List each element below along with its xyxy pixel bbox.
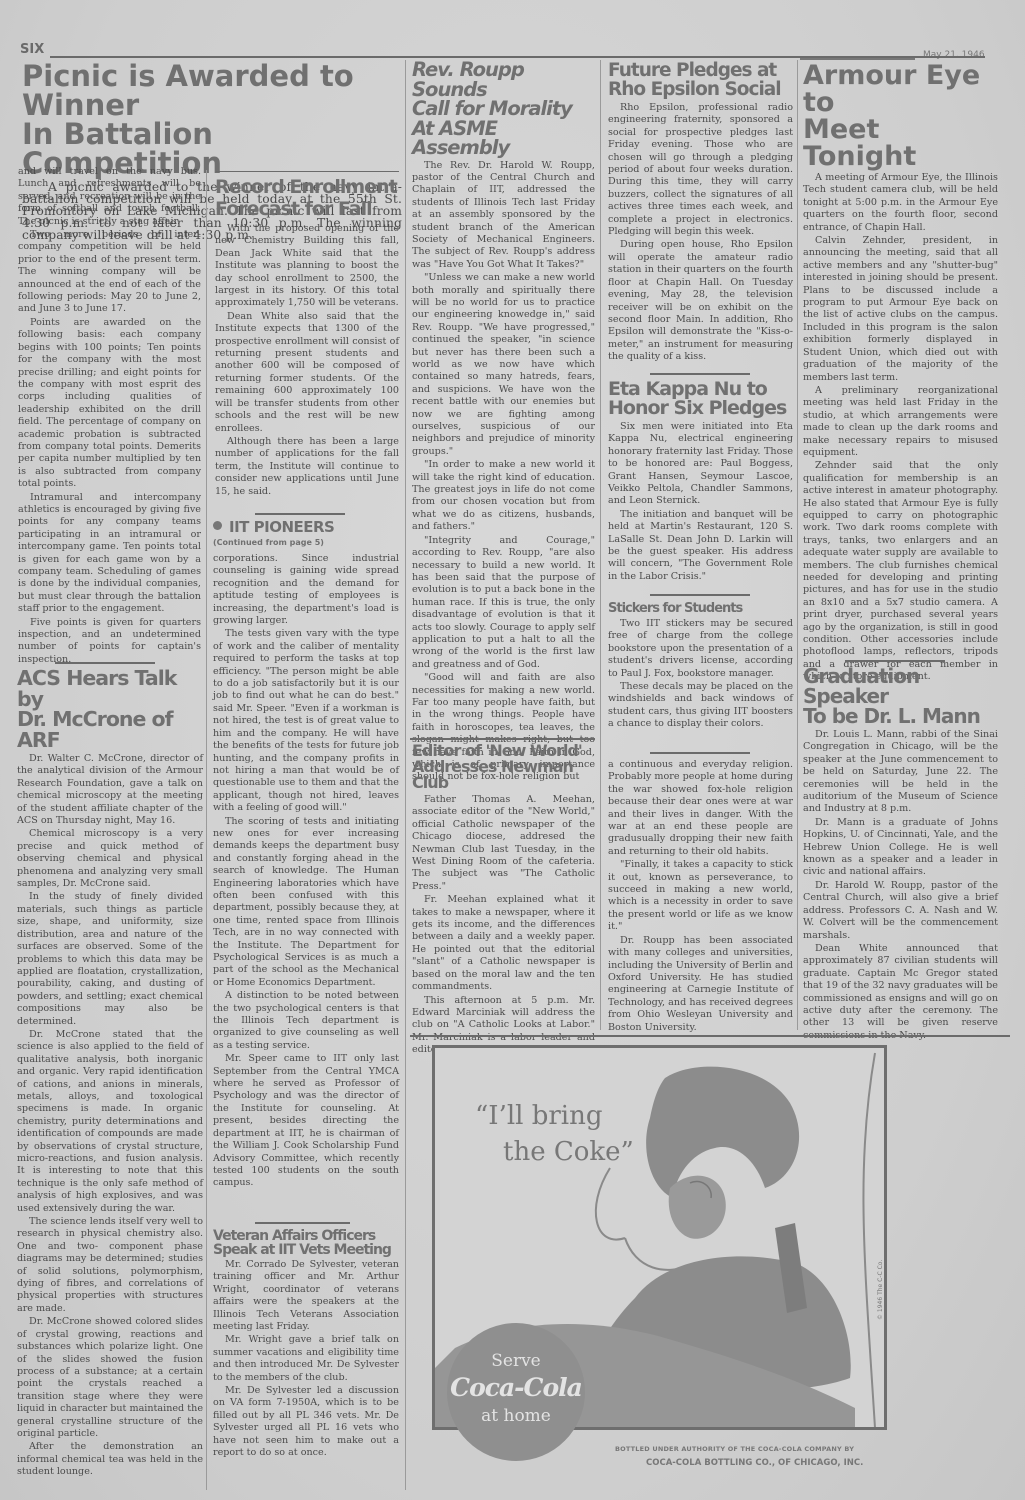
headline: Addresses Newman Club: [412, 759, 595, 791]
headline: To be Dr. L. Mann: [803, 706, 998, 726]
paragraph: A distinction to be noted between the tw…: [213, 990, 399, 1052]
paragraph: Points are awarded on the following basi…: [18, 317, 201, 491]
paragraph: Dr. Louis L. Mann, rabbi of the Sinai Co…: [803, 729, 998, 816]
paragraph: With the proposed opening of the new Che…: [215, 223, 399, 310]
paragraph: During open house, Rho Epsilon will oper…: [608, 239, 793, 363]
paragraph: These decals may be placed on the windsh…: [608, 681, 793, 731]
paragraph: Zehnder said that the only qualification…: [803, 460, 998, 683]
ad-copyright: © 1946 The C-C Co.: [877, 1260, 884, 1320]
paragraph: The initiation and banquet will be held …: [608, 509, 793, 583]
article-armour-eye: Armour Eye to Meet Tonight A meeting of …: [803, 62, 998, 685]
headline: Rev. Roupp Sounds: [412, 60, 595, 99]
ad-at-home-text: at home: [447, 1406, 585, 1426]
coca-cola-logo: Coca-Cola: [447, 1373, 585, 1402]
headline: Speak at IIT Vets Meeting: [213, 1243, 399, 1257]
headline: Graduation Speaker: [803, 666, 998, 706]
headline: Forecast for Fall: [215, 200, 399, 219]
divider: [55, 662, 155, 664]
divider: [650, 373, 750, 375]
article-picnic-body: and will travel on the navy bus. Lunch a…: [18, 166, 201, 667]
headline: Rho Epsilon Social: [608, 81, 793, 100]
divider: [650, 752, 750, 754]
divider: [410, 738, 595, 740]
paragraph: The scoring of tests and initiating new …: [213, 816, 399, 990]
ad-headline: “I’ll bring the Coke”: [475, 1098, 634, 1170]
paragraph: "In order to make a new world it will ta…: [412, 459, 595, 533]
paragraph: and will travel on the navy bus. Lunch a…: [18, 166, 201, 228]
paragraph: Mr. Corrado De Sylvester, veteran traini…: [213, 1259, 399, 1333]
headline: Armour Eye to: [803, 62, 998, 116]
headline: Dr. McCrone of ARF: [17, 709, 203, 750]
page-label: SIX: [20, 42, 44, 57]
headline: Picnic is Awarded to Winner: [22, 62, 402, 120]
paragraph: Mr. Wright gave a brief talk on summer v…: [213, 1334, 399, 1384]
paragraph: A meeting of Armour Eye, the Illinois Te…: [803, 172, 998, 234]
paragraph: "Integrity and Courage," according to Re…: [412, 535, 595, 671]
paragraph: Two IIT stickers may be secured free of …: [608, 618, 793, 680]
article-rho-epsilon: Future Pledges at Rho Epsilon Social Rho…: [608, 62, 793, 365]
article-stickers: Stickers for Students Two IIT stickers m…: [608, 602, 793, 732]
paragraph: The science lends itself very well to re…: [17, 1216, 203, 1315]
ad-footer-authority: BOTTLED UNDER AUTHORITY OF THE COCA-COLA…: [615, 1445, 854, 1453]
headline: Veteran Affairs Officers: [213, 1229, 399, 1243]
headline: Honor Six Pledges: [608, 399, 793, 418]
paragraph: Mr. Speer came to IIT only last Septembe…: [213, 1053, 399, 1189]
newspaper-page: SIX May 21, 1946 Picnic is Awarded to Wi…: [0, 0, 1025, 1500]
article-newman: Editor of 'New World' Addresses Newman C…: [412, 743, 595, 1058]
article-acs: ACS Hears Talk by Dr. McCrone of ARF Dr.…: [17, 668, 203, 1480]
ad-footer-bottler: COCA-COLA BOTTLING CO., OF CHICAGO, INC.: [646, 1458, 863, 1468]
paragraph: The tests given vary with the type of wo…: [213, 628, 399, 814]
article-enrollment: Record Enrollment Forecast for Fall With…: [215, 178, 399, 499]
paragraph: Chemical microscopy is a very precise an…: [17, 828, 203, 890]
paragraph: Rho Epsilon, professional radio engineer…: [608, 102, 793, 238]
headline: Stickers for Students: [608, 602, 793, 615]
article-graduation: Graduation Speaker To be Dr. L. Mann Dr.…: [803, 666, 998, 1043]
divider: [650, 594, 750, 596]
article-eta-kappa-nu: Eta Kappa Nu to Honor Six Pledges Six me…: [608, 380, 793, 584]
article-iit-pioneers: IIT PIONEERS (Continued from page 5) cor…: [213, 520, 399, 1191]
article-veterans: Veteran Affairs Officers Speak at IIT Ve…: [213, 1229, 399, 1461]
paragraph: Although there has been a large number o…: [215, 436, 399, 498]
paragraph: Mr. De Sylvester led a discussion on VA …: [213, 1385, 399, 1459]
paragraph: "Unless we can make a new world both mor…: [412, 272, 595, 458]
paragraph: Dr. Harold W. Roupp, pastor of the Centr…: [803, 880, 998, 942]
paragraph: Dr. Roupp has been associated with many …: [608, 935, 793, 1034]
divider: [255, 513, 345, 515]
paragraph: Fr. Meehan explained what it takes to ma…: [412, 894, 595, 993]
ad-serve-text: Serve: [447, 1351, 585, 1371]
paragraph: Two more periods of inter-company compet…: [18, 229, 201, 316]
article-roupp-continued: a continuous and everyday religion. Prob…: [608, 759, 793, 1035]
headline: Call for Morality: [412, 99, 595, 119]
paragraph: A preliminary reorganizational meeting w…: [803, 385, 998, 459]
column-divider: [405, 60, 406, 1490]
paragraph: a continuous and everyday religion. Prob…: [608, 759, 793, 858]
headline: Future Pledges at: [608, 62, 793, 81]
paragraph: Six men were initiated into Eta Kappa Nu…: [608, 421, 793, 508]
paragraph: Father Thomas A. Meehan, associate edito…: [412, 794, 595, 893]
paragraph: Dr. Walter C. McCrone, director of the a…: [17, 753, 203, 827]
headline: Record Enrollment: [215, 178, 399, 197]
paragraph: Dean White also said that the Institute …: [215, 311, 399, 435]
article-roupp: Rev. Roupp Sounds Call for Morality At A…: [412, 60, 595, 785]
divider: [255, 1222, 350, 1224]
column-divider: [600, 60, 601, 1030]
paragraph: "Finally, it takes a capacity to stick i…: [608, 859, 793, 933]
divider: [216, 171, 399, 172]
paragraph: The Rev. Dr. Harold W. Roupp, pastor of …: [412, 160, 595, 272]
paragraph: Five points is given for quarters inspec…: [18, 617, 201, 667]
page-date: May 21, 1946: [923, 50, 985, 60]
headline: IIT PIONEERS: [213, 520, 399, 535]
paragraph: After the demonstration an informal chem…: [17, 1441, 203, 1478]
headline: ACS Hears Talk by: [17, 668, 203, 709]
headline: Meet Tonight: [803, 116, 998, 170]
paragraph: Dr. McCrone stated that the science is a…: [17, 1029, 203, 1215]
paragraph: Dr. McCrone showed colored slides of cry…: [17, 1316, 203, 1440]
paragraph: In the study of finely divided materials…: [17, 891, 203, 1027]
divider: [845, 660, 945, 662]
paragraph: corporations. Since industrial counselin…: [213, 553, 399, 627]
column-divider: [797, 60, 798, 1030]
column-divider: [206, 170, 207, 1490]
coca-cola-logo-disc: Serve Coca-Cola at home: [447, 1323, 585, 1461]
bullet-icon: [213, 521, 222, 530]
continued-note: (Continued from page 5): [213, 538, 399, 547]
paragraph: Calvin Zehnder, president, in announcing…: [803, 235, 998, 384]
paragraph: Dean White announced that approximately …: [803, 943, 998, 1042]
paragraph: Intramural and intercompany athletics is…: [18, 492, 201, 616]
headline: At ASME Assembly: [412, 119, 595, 158]
paragraph: Dr. Mann is a graduate of Johns Hopkins,…: [803, 817, 998, 879]
ad-top-rule: [410, 1035, 1010, 1037]
